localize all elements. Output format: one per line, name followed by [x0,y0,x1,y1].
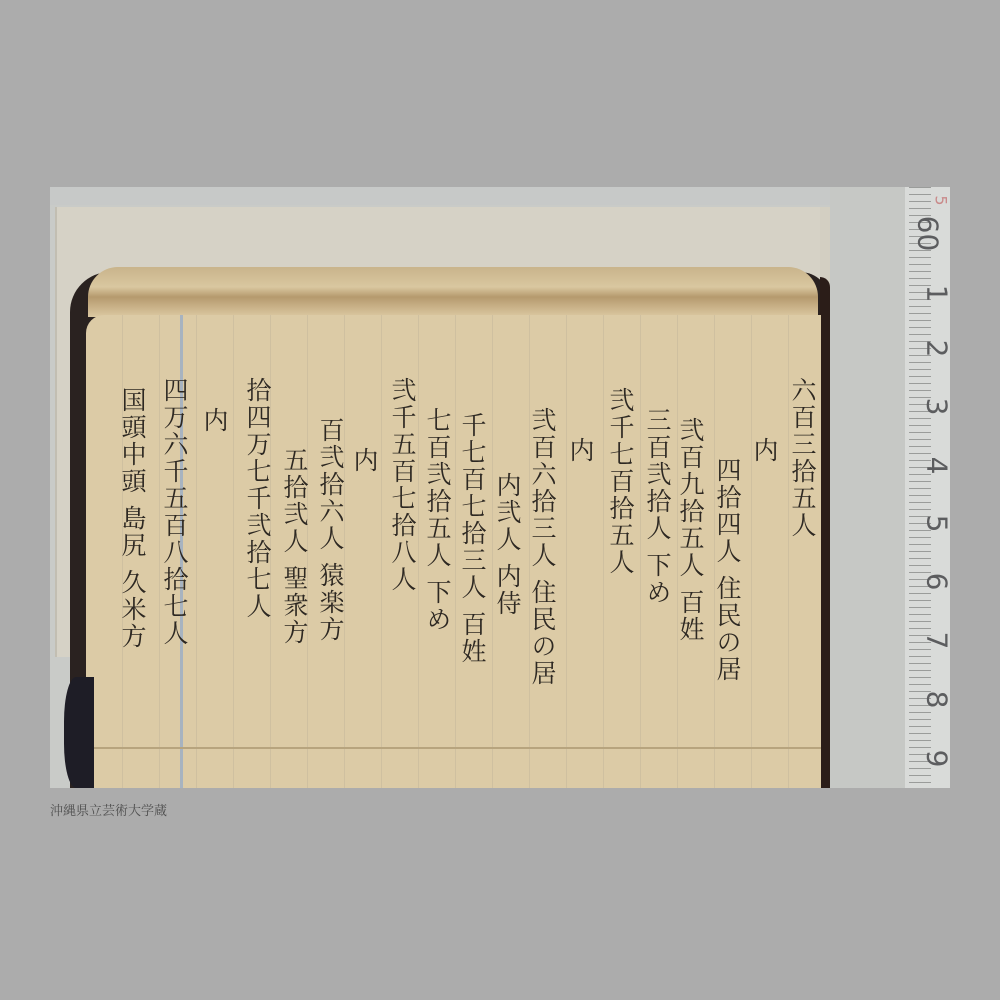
ruler-label: 6 [921,573,950,591]
handwritten-column: 七百弐拾五人 下め [425,407,450,633]
notebook-page-edges [88,267,818,317]
ruler-label: 5 [921,515,950,533]
handwritten-column: 弐千七百拾五人 [608,387,633,576]
handwritten-column: 弐百六拾三人 住民の居 [530,407,555,687]
ruler-label: 8 [921,691,950,709]
handwritten-column: 百弐拾六人 猿楽方 [318,417,343,643]
ruler-label: 7 [921,632,950,650]
ruler-label: 4 [921,457,950,475]
handwritten-column: 四拾四人 住民の居 [715,457,740,683]
ruler-label: 1 [921,285,950,303]
handwritten-column: 内 [352,447,377,474]
handwritten-column: 内弐人 内侍 [495,472,520,617]
measuring-ruler: 5 60 1 2 3 4 5 6 7 8 9 [905,187,950,788]
ruler-label: 5 [931,195,950,205]
handwritten-column: 拾四万七千弐拾七人 [245,377,270,620]
handwritten-text: 六百三拾五人内四拾四人 住民の居弐百九拾五人 百姓三百弐拾人 下め弐千七百拾五人… [90,377,810,747]
collection-caption: 沖縄県立芸術大学蔵 [50,800,167,819]
notebook-photo: 5 60 1 2 3 4 5 6 7 8 9 六百三拾五人内四拾四人 住民の居弐… [50,187,950,788]
page-fold-line [86,747,821,749]
handwritten-column: 五拾弐人 聖衆方 [282,447,307,646]
handwritten-column: 内 [752,437,777,464]
handwritten-column: 内 [568,437,593,464]
handwritten-column: 千七百七拾三人 百姓 [460,412,485,665]
handwritten-column: 三百弐拾人 下め [645,407,670,606]
notebook-cover-edge [820,277,830,788]
ruler-label: 60 [912,216,945,252]
handwritten-column: 弐千五百七拾八人 [390,377,415,593]
ruler-label: 2 [921,340,950,358]
ruler-label: 9 [921,750,950,768]
background-gap [830,187,905,788]
ruler-label: 3 [921,398,950,416]
handwritten-column: 内 [202,407,227,434]
handwritten-column: 六百三拾五人 [790,377,815,539]
handwritten-column: 国頭中頭 島尻 久米方 [120,387,145,650]
handwritten-column: 弐百九拾五人 百姓 [678,417,703,643]
handwritten-column: 四万六千五百八拾七人 [162,377,187,647]
background-top [50,187,950,205]
